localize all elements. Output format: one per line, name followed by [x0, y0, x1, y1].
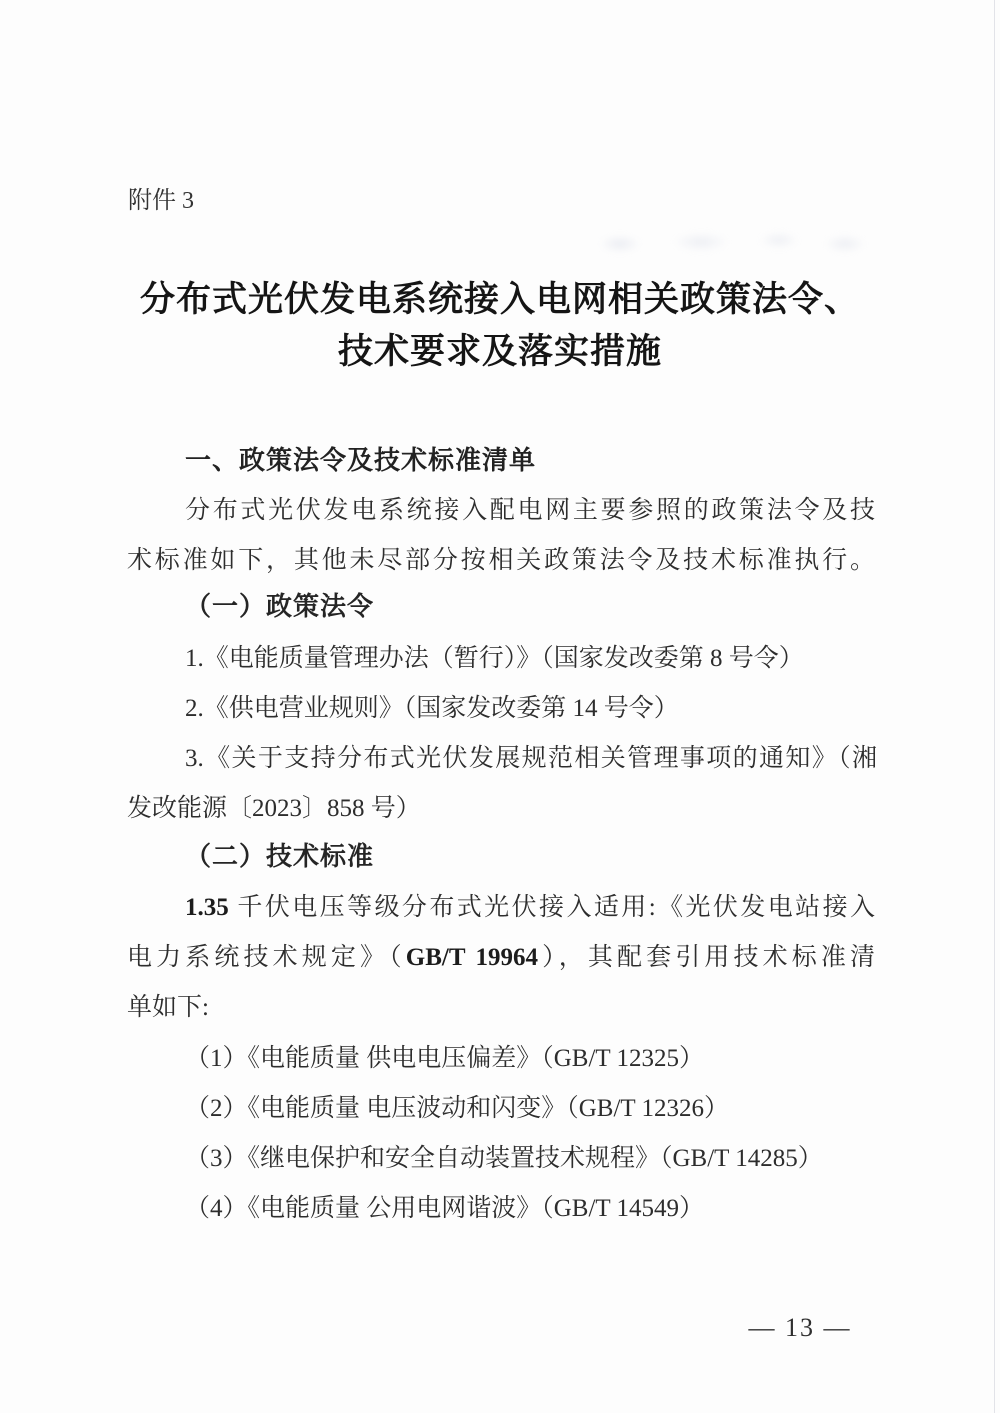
- attachment-label: 附件 3: [128, 186, 194, 216]
- intro-paragraph-line-2: 术标准如下，其他未尽部分按相关政策法令及技术标准执行。: [127, 545, 875, 576]
- section-1-heading: 一、政策法令及技术标准清单: [185, 444, 536, 477]
- technical-paragraph-bold-number: 1.35: [185, 894, 229, 921]
- subsection-technical-heading: （二）技术标准: [185, 841, 374, 874]
- technical-paragraph-line-2-post: ），其配套引用技术标准清: [538, 944, 875, 971]
- technical-paragraph-line-2-pre: 电力系统技术规定》（: [127, 944, 406, 971]
- policy-item-3-line-2: 发改能源〔2023〕858 号）: [127, 793, 421, 824]
- standard-item-3: （3）《继电保护和安全自动装置技术规程》（GB/T 14285）: [185, 1143, 823, 1174]
- document-page: 附件 3 分布式光伏发电系统接入电网相关政策法令、 技术要求及落实措施 一、政策…: [0, 0, 1000, 1413]
- subsection-policy-heading: （一）政策法令: [185, 591, 374, 624]
- technical-paragraph-standard-number: GB/T 19964: [406, 944, 538, 971]
- standard-item-2: （2）《电能质量 电压波动和闪变》（GB/T 12326）: [185, 1093, 729, 1124]
- policy-item-2: 2.《供电营业规则》（国家发改委第 14 号令）: [185, 693, 679, 724]
- standard-item-1: （1）《电能质量 供电电压偏差》（GB/T 12325）: [185, 1043, 704, 1074]
- technical-paragraph-line-1-rest: 千伏电压等级分布式光伏接入适用:《光伏发电站接入: [229, 894, 875, 921]
- document-title-line-2: 技术要求及落实措施: [0, 330, 1000, 374]
- intro-paragraph-line-1: 分布式光伏发电系统接入配电网主要参照的政策法令及技: [185, 495, 875, 526]
- technical-paragraph-line-2: 电力系统技术规定》（GB/T 19964），其配套引用技术标准清: [127, 942, 875, 973]
- technical-paragraph-line-1: 1.35 千伏电压等级分布式光伏接入适用:《光伏发电站接入: [185, 892, 875, 923]
- technical-paragraph-line-3: 单如下:: [127, 992, 209, 1023]
- bleed-through-artifact: [575, 224, 875, 260]
- standard-item-4: （4）《电能质量 公用电网谐波》（GB/T 14549）: [185, 1193, 704, 1224]
- document-title-line-1: 分布式光伏发电系统接入电网相关政策法令、: [0, 278, 1000, 322]
- page-number: — 13 —: [700, 1312, 900, 1345]
- policy-item-3-line-1: 3.《关于支持分布式光伏发展规范相关管理事项的通知》（湘: [185, 743, 877, 774]
- scan-edge-line: [994, 0, 995, 1413]
- policy-item-1: 1.《电能质量管理办法（暂行）》（国家发改委第 8 号令）: [185, 643, 804, 674]
